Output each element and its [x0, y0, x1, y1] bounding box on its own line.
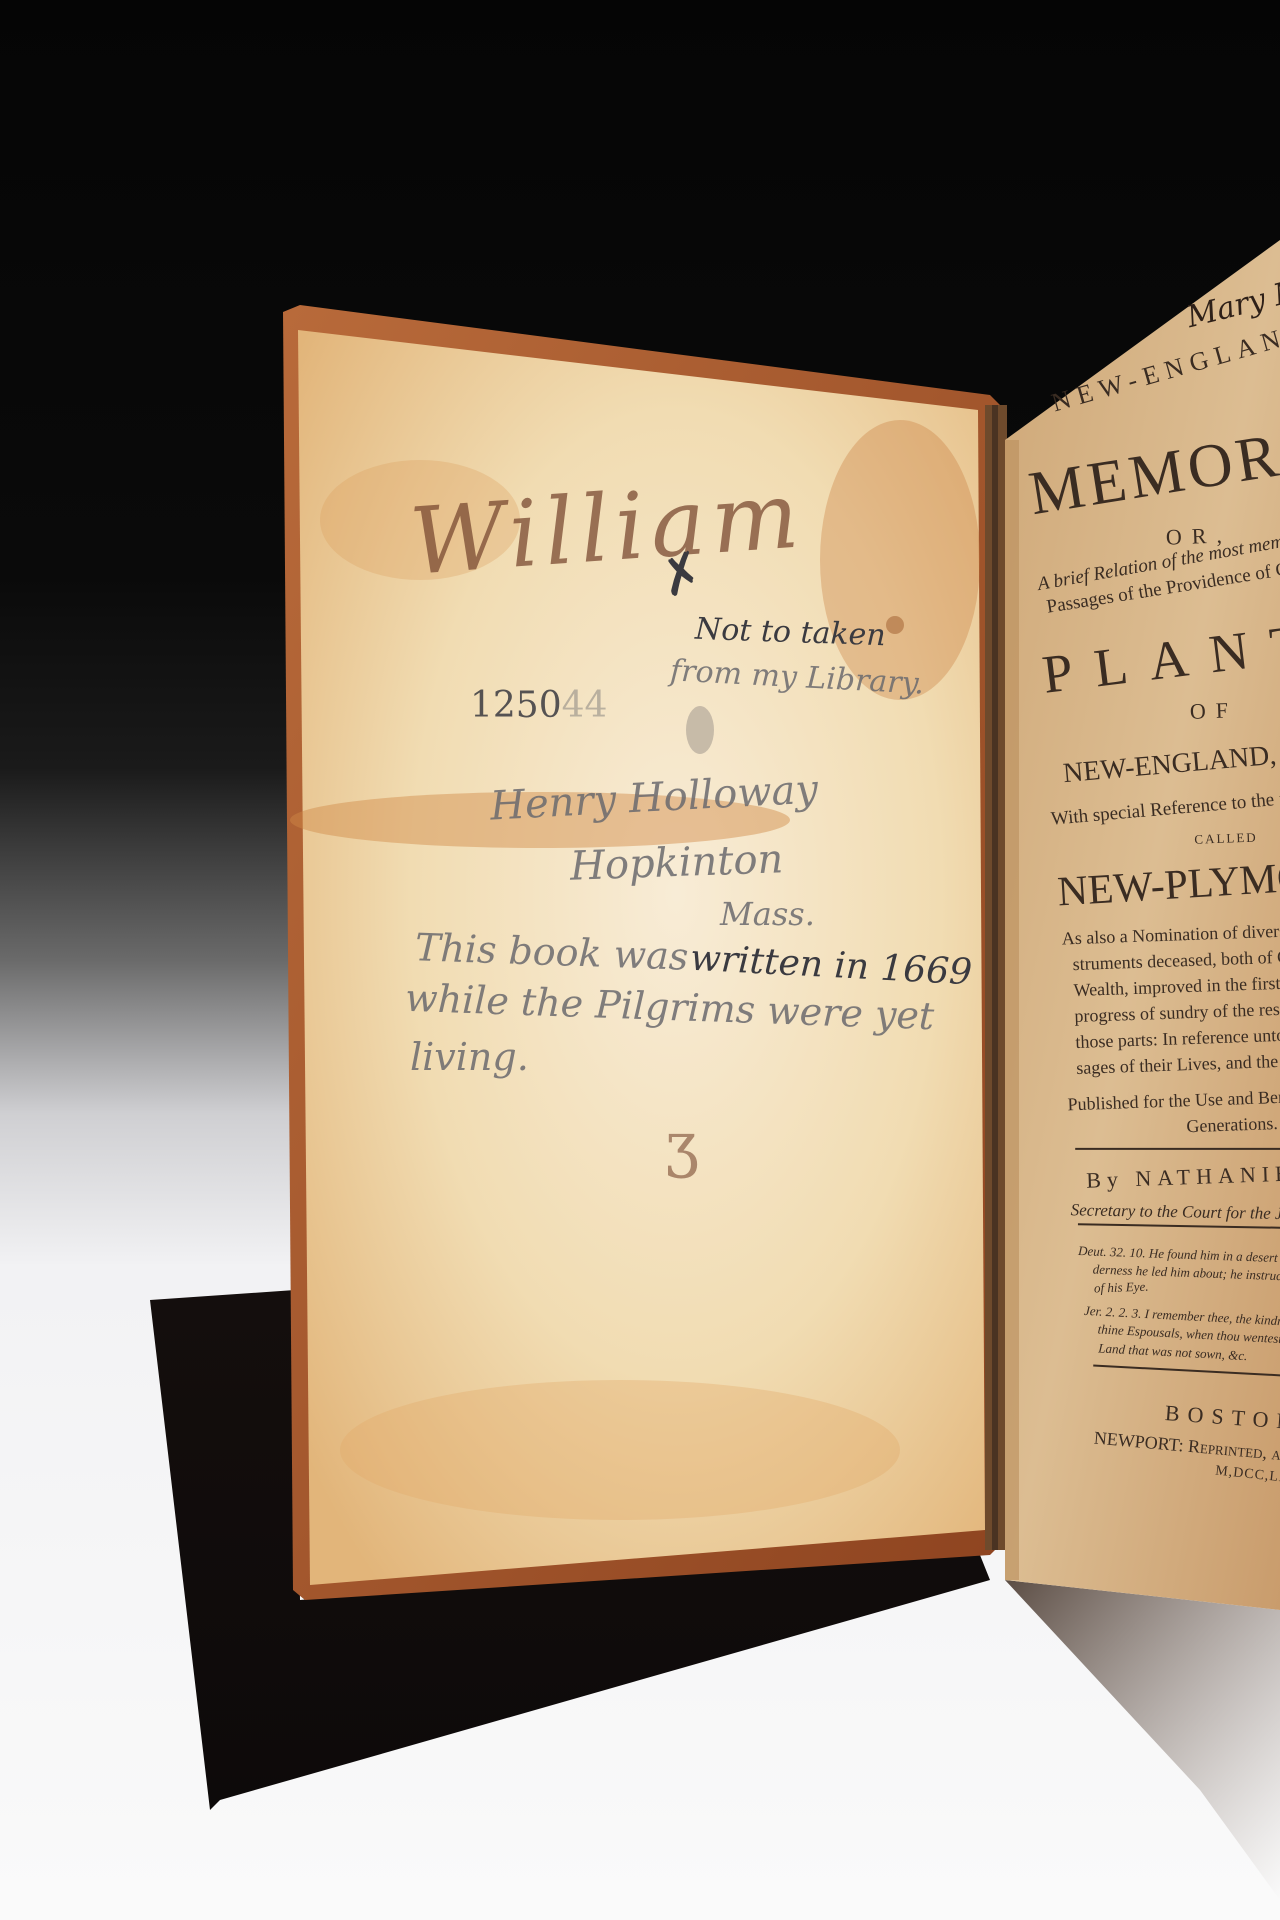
top-signature: Mary N — [1183, 273, 1280, 335]
title-line7: OF — [1189, 697, 1238, 725]
title-line1: NEW-ENGLAND — [1048, 315, 1280, 418]
title-line13: struments deceased, both of Chur — [1072, 946, 1280, 975]
imprint-city: BOSTON: P — [1164, 1400, 1280, 1439]
rule-3 — [1093, 1365, 1280, 1383]
title-line19: Generations. — [1186, 1113, 1278, 1137]
title-line11: NEW-PLYMOUTH — [1056, 848, 1280, 916]
title-line10: CALLED — [1194, 830, 1258, 848]
pencil-number: 125044 — [470, 685, 607, 726]
owner-state: Mass. — [720, 895, 815, 933]
ink-mark-bottom: ʒ — [665, 1110, 699, 1180]
title-line15: progress of sundry of the respecti — [1074, 998, 1280, 1027]
owner-town: Hopkinton — [569, 836, 784, 889]
title-line17: sages of their Lives, and the time o — [1076, 1049, 1280, 1079]
author-role: Secretary to the Court for the Jurisdict… — [1071, 1200, 1280, 1225]
title-line12: As also a Nomination of divers of the — [1061, 919, 1280, 949]
epigraph-line3: of his Eye. — [1094, 1279, 1149, 1297]
library-note-line1: Not to taken — [694, 612, 886, 654]
imprint-year: M,DCC,LXXII. — [1215, 1463, 1280, 1490]
title-line2: MEMORIAL — [1024, 402, 1280, 530]
title-line9: With special Reference to the first — [1050, 786, 1280, 831]
author-by-line: By NATHANIEL M — [1086, 1159, 1280, 1194]
note-line3: living. — [410, 1035, 529, 1079]
title-line14: Wealth, improved in the first be — [1073, 972, 1280, 1001]
title-line16: those parts: In reference unto sundr — [1075, 1023, 1280, 1053]
title-line8: NEW-ENGLAND, in A — [1062, 735, 1280, 790]
imprint-reprint: NEWPORT: Reprinted, and sold — [1093, 1428, 1280, 1470]
pencil-number-main: 1250 — [470, 685, 562, 726]
title-line18: Published for the Use and Benefit of — [1067, 1085, 1280, 1115]
rule-1 — [1075, 1148, 1280, 1150]
rule-2 — [1078, 1223, 1280, 1230]
pencil-number-faint: 44 — [562, 685, 608, 726]
title-page: Mary N NEW-ENGLAND MEMORIAL OR, A brief … — [1005, 219, 1280, 1629]
